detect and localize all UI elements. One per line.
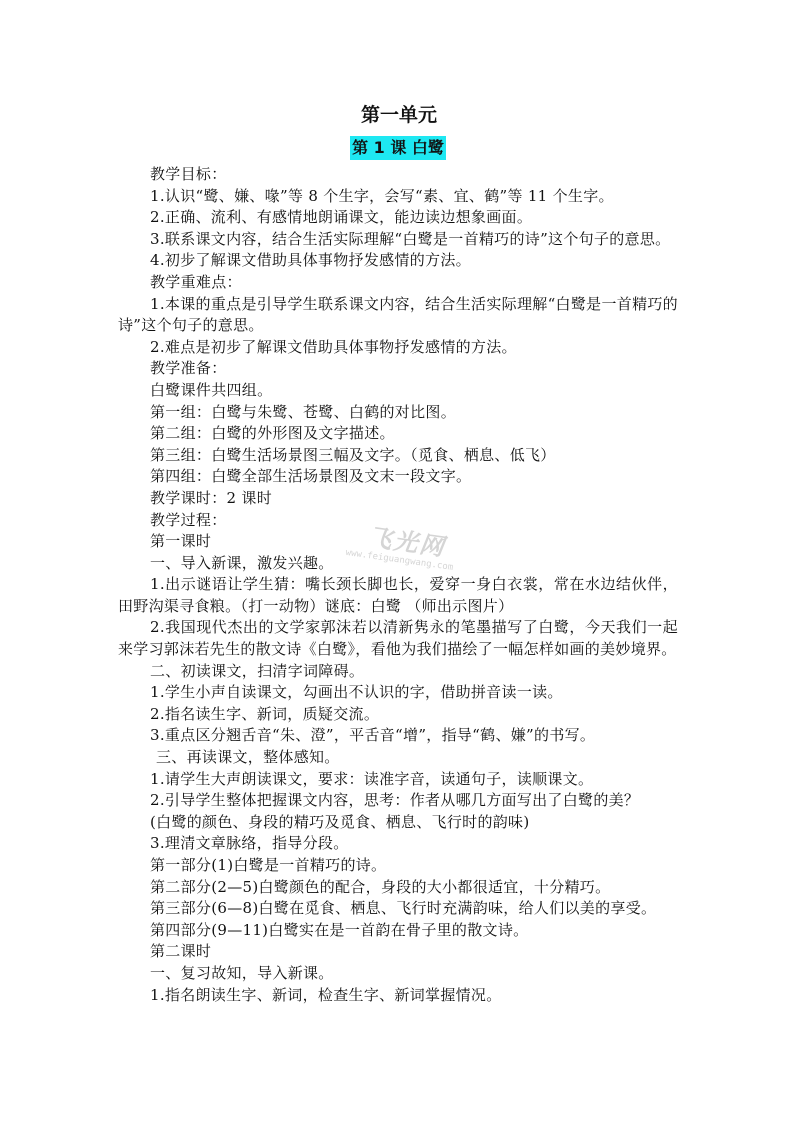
paragraph: 第二部分(2—5)白鹭颜色的配合，身段的大小都很适宜，十分精巧。 <box>118 877 678 899</box>
paragraph: 教学课时：2 课时 <box>118 488 678 510</box>
paragraph: 第四组：白鹭全部生活场景图及文末一段文字。 <box>118 466 678 488</box>
paragraph: 教学过程： <box>118 510 678 532</box>
document-page: 第一单元 第 1 课 白鹭 教学目标：1.认识“鹭、嫌、喙”等 8 个生字，会写… <box>118 100 678 1006</box>
paragraph: 二、初读课文，扫清字词障碍。 <box>118 661 678 683</box>
paragraph: 第四部分(9—11)白鹭实在是一首韵在骨子里的散文诗。 <box>118 920 678 942</box>
paragraph: 3.重点区分翘舌音“朱、澄”，平舌音“增”，指导“鹤、嫌”的书写。 <box>118 725 678 747</box>
paragraph: 1.本课的重点是引导学生联系课文内容，结合生活实际理解“白鹭是一首精巧的诗”这个… <box>118 294 678 337</box>
paragraph: 4.初步了解课文借助具体事物抒发感情的方法。 <box>118 250 678 272</box>
paragraph: 3.联系课文内容，结合生活实际理解“白鹭是一首精巧的诗”这个句子的意思。 <box>118 229 678 251</box>
paragraph: 1.认识“鹭、嫌、喙”等 8 个生字，会写“素、宜、鹤”等 11 个生字。 <box>118 186 678 208</box>
paragraph: 2.难点是初步了解课文借助具体事物抒发感情的方法。 <box>118 337 678 359</box>
lesson-title-wrap: 第 1 课 白鹭 <box>118 136 678 164</box>
paragraph: 2.正确、流利、有感情地朗诵课文，能边读边想象画面。 <box>118 207 678 229</box>
paragraph: 第三组：白鹭生活场景图三幅及文字。（觅食、栖息、低飞） <box>118 445 678 467</box>
paragraph: (白鹭的颜色、身段的精巧及觅食、栖息、飞行时的韵味) <box>118 812 678 834</box>
paragraph: 1.出示谜语让学生猜：嘴长颈长脚也长，爱穿一身白衣裳，常在水边结伙伴，田野沟渠寻… <box>118 574 678 617</box>
document-body: 教学目标：1.认识“鹭、嫌、喙”等 8 个生字，会写“素、宜、鹤”等 11 个生… <box>118 164 678 1006</box>
paragraph: 教学准备： <box>118 358 678 380</box>
paragraph: 3.理清文章脉络，指导分段。 <box>118 833 678 855</box>
paragraph: 2.引导学生整体把握课文内容，思考：作者从哪几方面写出了白鹭的美？ <box>118 790 678 812</box>
paragraph: 1.学生小声自读课文，勾画出不认识的字，借助拼音读一读。 <box>118 682 678 704</box>
paragraph: 一、复习故知，导入新课。 <box>118 963 678 985</box>
paragraph: 2.指名读生字、新词，质疑交流。 <box>118 704 678 726</box>
paragraph: 白鹭课件共四组。 <box>118 380 678 402</box>
paragraph: 第三部分(6—8)白鹭在觅食、栖息、飞行时充满韵味，给人们以美的享受。 <box>118 898 678 920</box>
paragraph: 第一部分(1)白鹭是一首精巧的诗。 <box>118 855 678 877</box>
paragraph: 第一课时 <box>118 531 678 553</box>
paragraph: 三、再读课文，整体感知。 <box>118 747 678 769</box>
paragraph: 第二课时 <box>118 941 678 963</box>
paragraph: 1.指名朗读生字、新词，检查生字、新词掌握情况。 <box>118 985 678 1007</box>
paragraph: 教学重难点： <box>118 272 678 294</box>
paragraph: 教学目标： <box>118 164 678 186</box>
unit-title: 第一单元 <box>120 100 678 130</box>
paragraph: 第一组：白鹭与朱鹭、苍鹭、白鹤的对比图。 <box>118 402 678 424</box>
paragraph: 第二组：白鹭的外形图及文字描述。 <box>118 423 678 445</box>
paragraph: 2.我国现代杰出的文学家郭沫若以清新隽永的笔墨描写了白鹭，今天我们一起来学习郭沫… <box>118 617 678 660</box>
paragraph: 1.请学生大声朗读课文，要求：读准字音，读通句子，读顺课文。 <box>118 769 678 791</box>
paragraph: 一、导入新课，激发兴趣。 <box>118 553 678 575</box>
lesson-title-highlighted: 第 1 课 白鹭 <box>350 136 446 160</box>
